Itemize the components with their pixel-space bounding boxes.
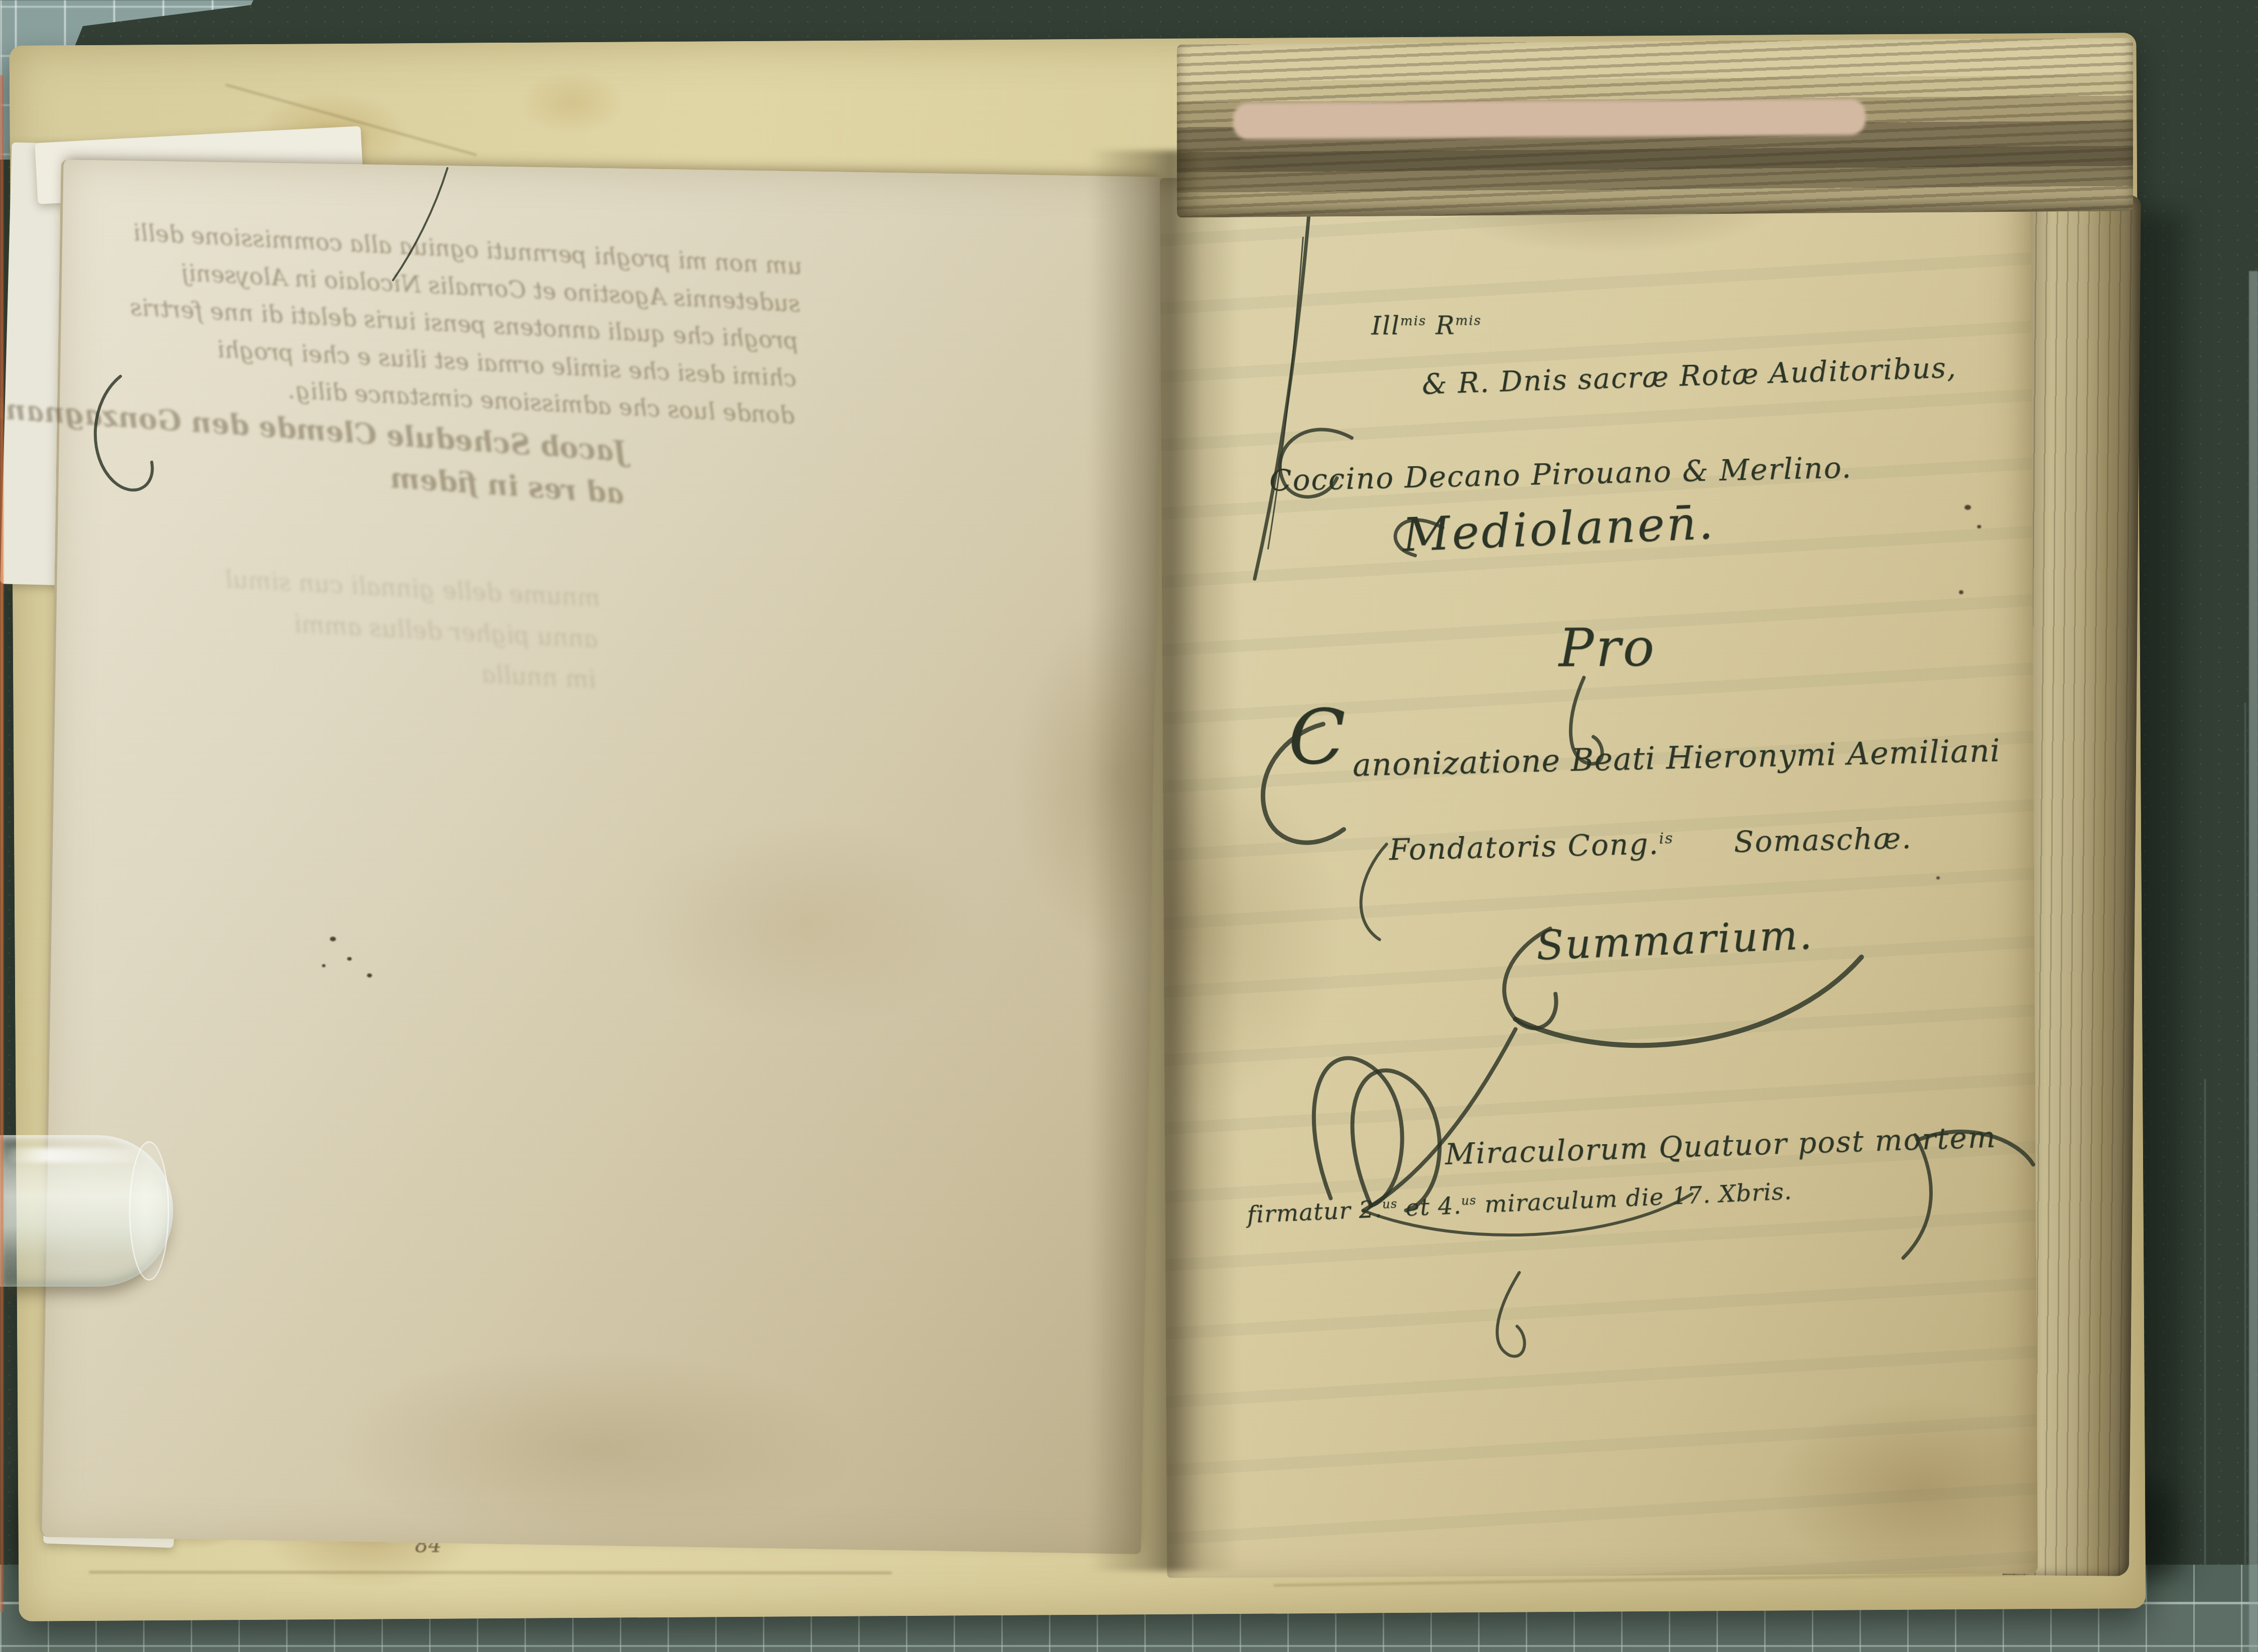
archival-photo-stage: 84 um non mi proghi pernnuti ogniua alla… (0, 0, 2258, 1652)
summarium-title: Summarium. (1535, 911, 1814, 969)
founder-line: Fondatoris Cong.isSomaschæ. (1389, 821, 1912, 867)
ink-speck (1959, 590, 1963, 594)
ink-speck (1977, 525, 1981, 528)
glass-weight (0, 1135, 173, 1287)
right-page: Illmis Rmis & R. Dnis sacræ Rotæ Auditor… (1160, 173, 2038, 1578)
salutation-line: Illmis Rmis (1371, 311, 1482, 340)
place-title: Mediolanen̄. (1401, 496, 1716, 562)
cause-initial: C (1288, 694, 1346, 782)
wrapper-crease (89, 1571, 892, 1574)
ink-speck (367, 974, 372, 978)
ink-speck (347, 957, 352, 960)
mat-gridline (2204, 1079, 2206, 1565)
ghost-bleedthrough-text: um non mi proghi pernnuti ogniua alla co… (152, 215, 803, 435)
page-edge-pink-band (1233, 99, 1866, 140)
left-page: um non mi proghi pernnuti ogniua alla co… (40, 160, 1163, 1554)
address-line: & R. Dnis sacræ Rotæ Auditoribus, (1421, 351, 1957, 400)
footer-line: firmatur 2.us et 4.us miraculum die 17. … (1246, 1177, 1792, 1228)
mat-gridline (2244, 703, 2246, 1565)
ink-speck (1936, 876, 1940, 879)
ink-speck (322, 964, 325, 967)
auditors-names-line: Coccino Decano Pirouano & Merlino. (1269, 450, 1852, 497)
mat-edge-strip (2249, 271, 2258, 1652)
ink-speck (330, 937, 336, 941)
miracles-line: Miraculorum Quatuor post mortem (1444, 1120, 1997, 1171)
ink-speck (1964, 505, 1971, 510)
cause-line: anonizatione Beati Hieronymi Aemiliani (1352, 732, 2001, 783)
pro-title: Pro (1558, 617, 1656, 678)
page-stack-fore-edge-top (1177, 38, 2133, 217)
ghost-bleedthrough-faint: mnume delle ginnali cun simul annu pighe… (94, 553, 601, 701)
photo-edge-artifact (0, 75, 4, 1612)
